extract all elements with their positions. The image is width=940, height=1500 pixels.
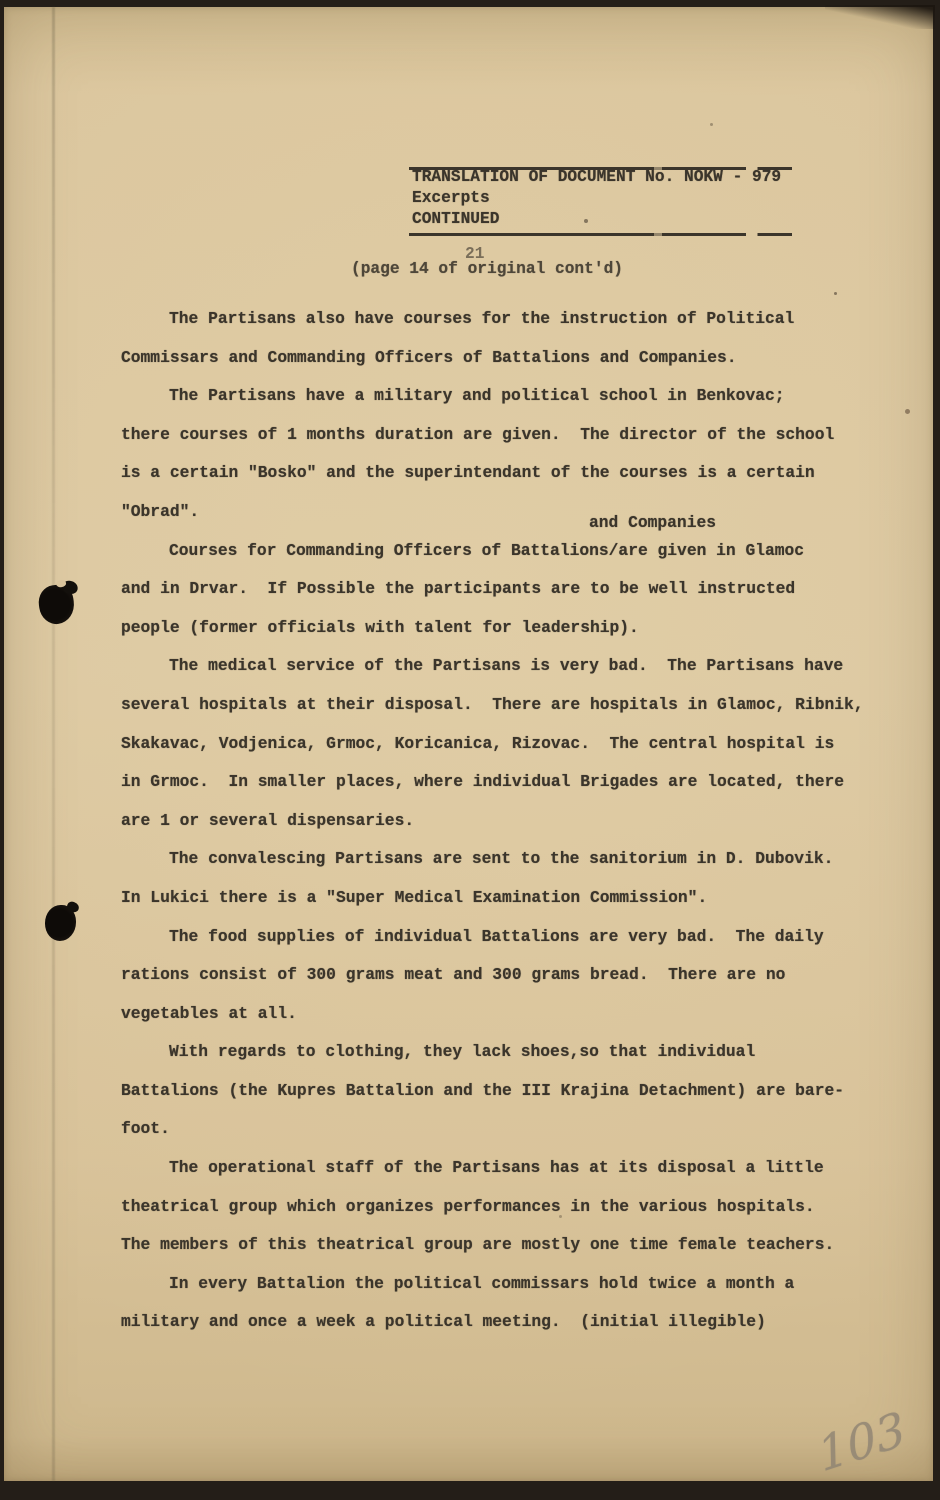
header-bottom-rule	[409, 233, 792, 236]
document-line: people (former officials with talent for…	[121, 609, 864, 648]
hole-punch-top	[36, 583, 76, 626]
document-line: rations consist of 300 grams meat and 30…	[121, 956, 864, 995]
document-page: TRANSLATION OF DOCUMENT No. NOKW - 979 E…	[4, 7, 933, 1481]
hole-punch-bottom	[45, 905, 76, 941]
document-line: is a certain "Bosko" and the superintend…	[121, 454, 864, 493]
paper-crease	[52, 7, 55, 1481]
header-top-rule	[409, 167, 792, 170]
document-line: Battalions (the Kupres Battalion and the…	[121, 1072, 864, 1111]
document-line: Commissars and Commanding Officers of Ba…	[121, 339, 864, 378]
document-line: In every Battalion the political commiss…	[121, 1265, 864, 1304]
document-line: The members of this theatrical group are…	[121, 1226, 864, 1265]
paper-speck	[905, 409, 910, 414]
paper-speck	[710, 123, 713, 126]
document-continued-label: CONTINUED	[409, 209, 792, 230]
document-subtitle: Excerpts	[409, 188, 792, 209]
document-line: Courses for Commanding Officers of Batta…	[121, 532, 864, 571]
document-line: The operational staff of the Partisans h…	[121, 1149, 864, 1188]
document-line: in Grmoc. In smaller places, where indiv…	[121, 763, 864, 802]
document-line: are 1 or several dispensaries.	[121, 802, 864, 841]
document-body: The Partisans also have courses for the …	[121, 300, 864, 1342]
document-line: In Lukici there is a "Super Medical Exam…	[121, 879, 864, 918]
document-line: The Partisans also have courses for the …	[121, 300, 864, 339]
paper-speck	[834, 292, 837, 295]
document-line: "Obrad".	[121, 493, 864, 532]
document-line: theatrical group which organizes perform…	[121, 1188, 864, 1227]
document-line: foot.	[121, 1110, 864, 1149]
document-header: TRANSLATION OF DOCUMENT No. NOKW - 979 E…	[409, 167, 792, 230]
document-title: TRANSLATION OF DOCUMENT No. NOKW - 979	[409, 167, 792, 188]
document-line: The medical service of the Partisans is …	[121, 647, 864, 686]
document-line: military and once a week a political mee…	[121, 1303, 864, 1342]
document-line: vegetables at all.	[121, 995, 864, 1034]
document-line: The Partisans have a military and politi…	[121, 377, 864, 416]
document-line: Skakavac, Vodjenica, Grmoc, Koricanica, …	[121, 725, 864, 764]
document-line: With regards to clothing, they lack shoe…	[121, 1033, 864, 1072]
document-line: there courses of 1 months duration are g…	[121, 416, 864, 455]
document-line: The food supplies of individual Battalio…	[121, 918, 864, 957]
document-line: The convalescing Partisans are sent to t…	[121, 840, 864, 879]
handwritten-page-number: 103	[813, 1402, 910, 1484]
document-line: and in Drvar. If Possible the participan…	[121, 570, 864, 609]
document-line: several hospitals at their disposal. The…	[121, 686, 864, 725]
page-note: (page 14 of original cont'd)	[351, 260, 623, 278]
